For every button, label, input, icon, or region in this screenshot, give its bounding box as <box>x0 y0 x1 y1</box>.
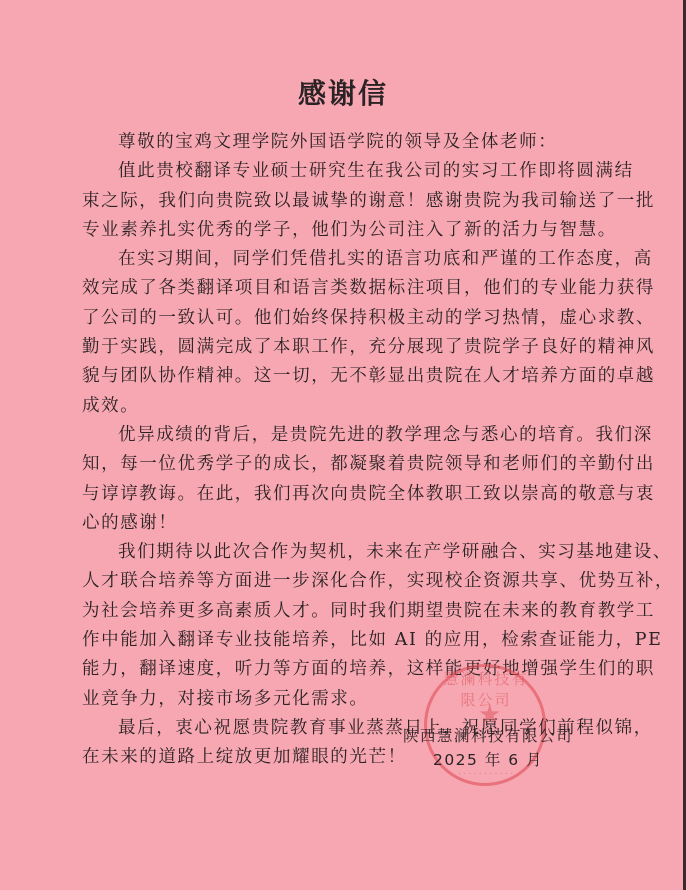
letter-line: 为社会培养更多高素质人才。同时我们期望贵院在未来的教育教学工 <box>82 597 598 626</box>
letter-line: 尊敬的宝鸡文理学院外国语学院的领导及全体老师： <box>82 128 598 157</box>
signature-date: 2025 年 6 月 <box>398 748 578 772</box>
letter-line: 我们期待以此次合作为契机，未来在产学研融合、实习基地建设、 <box>82 538 598 567</box>
letter-line: 貌与团队协作精神。这一切，无不彰显出贵院在人才培养方面的卓越 <box>82 362 598 391</box>
signature-company: 陕西慧澜科技有限公司 <box>398 724 578 748</box>
letter-line: 在实习期间，同学们凭借扎实的语言功底和严谨的工作态度，高 <box>82 245 598 274</box>
letter-line: 束之际，我们向贵院致以最诚挚的谢意！感谢贵院为我司输送了一批 <box>82 187 598 216</box>
letter-title: 感谢信 <box>0 72 686 112</box>
letter-line: 优异成绩的背后，是贵院先进的教学理念与悉心的培育。我们深 <box>82 421 598 450</box>
letter-line: 作中能加入翻译专业技能培养，比如 AI 的应用，检索查证能力，PE <box>82 626 598 655</box>
letter-line: 专业素养扎实优秀的学子，他们为公司注入了新的活力与智慧。 <box>82 216 598 245</box>
letter-line: 了公司的一致认可。他们始终保持积极主动的学习热情，虚心求教、 <box>82 304 598 333</box>
letter-line: 心的感谢！ <box>82 509 598 538</box>
letter-line: 知，每一位优秀学子的成长，都凝聚着贵院领导和老师们的辛勤付出 <box>82 450 598 479</box>
letter-line: 值此贵校翻译专业硕士研究生在我公司的实习工作即将圆满结 <box>82 157 598 186</box>
letter-line: 与谆谆教诲。在此，我们再次向贵院全体教职工致以崇高的敬意与衷 <box>82 480 598 509</box>
letter-line: 勤于实践，圆满完成了本职工作，充分展现了贵院学子良好的精神风 <box>82 333 598 362</box>
letter-line: 成效。 <box>82 392 598 421</box>
letter-line: 人才联合培养等方面进一步深化合作，实现校企资源共享、优势互补， <box>82 567 598 596</box>
letter-line: 效完成了各类翻译项目和语言类数据标注项目，他们的专业能力获得 <box>82 274 598 303</box>
signature-block: 陕西慧澜科技有限公司 2025 年 6 月 <box>398 724 578 772</box>
letter-page: 感谢信 尊敬的宝鸡文理学院外国语学院的领导及全体老师：值此贵校翻译专业硕士研究生… <box>0 0 683 890</box>
